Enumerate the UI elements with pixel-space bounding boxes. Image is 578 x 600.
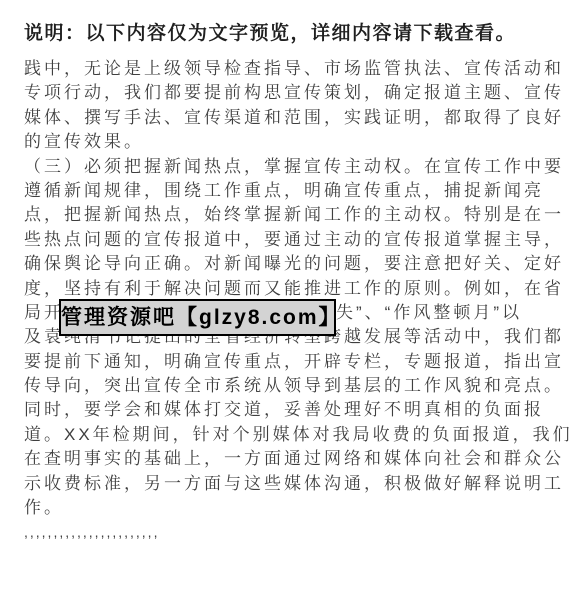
- text-line: 些热点问题的宣传报道中，要通过主动的宣传报道掌握主导，: [24, 228, 572, 252]
- text-line: 同时，要学会和媒体打交道，妥善处理好不明真相的负面报: [24, 398, 572, 422]
- text-line: 的宣传效果。: [24, 130, 572, 154]
- text-line: 媒体、撰写手法、宣传渠道和范围，实践证明，都取得了良好: [24, 106, 572, 130]
- text-line: 度，坚持有利于解决问题而又能推进工作的原则。例如，在省: [24, 277, 572, 301]
- text-line: 遵循新闻规律，围绕工作重点，明确宣传重点，捕捉新闻亮: [24, 179, 572, 203]
- text-line: 要提前下通知，明确宣传重点，开辟专栏，专题报道，指出宣: [24, 350, 572, 374]
- text-after-watermark: 失”、“作风整顿月”以: [336, 303, 522, 322]
- text-line: 点，把握新闻热点，始终掌握新闻工作的主动权。特别是在一: [24, 203, 572, 227]
- text-line: 传导向，突出宣传全市系统从领导到基层的工作风貌和亮点。: [24, 374, 572, 398]
- text-line: 践中，无论是上级领导检查指导、市场监管执法、宣传活动和: [24, 57, 572, 81]
- text-line: 确保舆论导向正确。对新闻曝光的问题，要注意把好关、定好: [24, 252, 572, 276]
- document-preview-page: 说明：以下内容仅为文字预览，详细内容请下载查看。 践中，无论是上级领导检查指导、…: [0, 0, 578, 600]
- preview-notice: 说明：以下内容仅为文字预览，详细内容请下载查看。: [24, 18, 516, 45]
- text-line: 作。: [24, 496, 572, 520]
- text-line: 专项行动，我们都要提前构思宣传策划，确定报道主题、宣传: [24, 81, 572, 105]
- text-line: （三）必须把握新闻热点，掌握宣传主动权。在宣传工作中要: [24, 155, 572, 179]
- watermark-badge: 管理资源吧【glzy8.com】: [59, 299, 336, 336]
- text-line: 示收费标准，另一方面与这些媒体沟通，积极做好解释说明工: [24, 472, 572, 496]
- text-line: 在查明事实的基础上，一方面通过网络和媒体向社会和群众公: [24, 447, 572, 471]
- text-before-watermark: 局开: [24, 303, 64, 322]
- ellipsis-row: ,,,,,,,,,,,,,,,,,,,,,,,: [24, 520, 572, 544]
- text-line: 道。XX年检期间，针对个别媒体对我局收费的负面报道，我们: [24, 423, 572, 447]
